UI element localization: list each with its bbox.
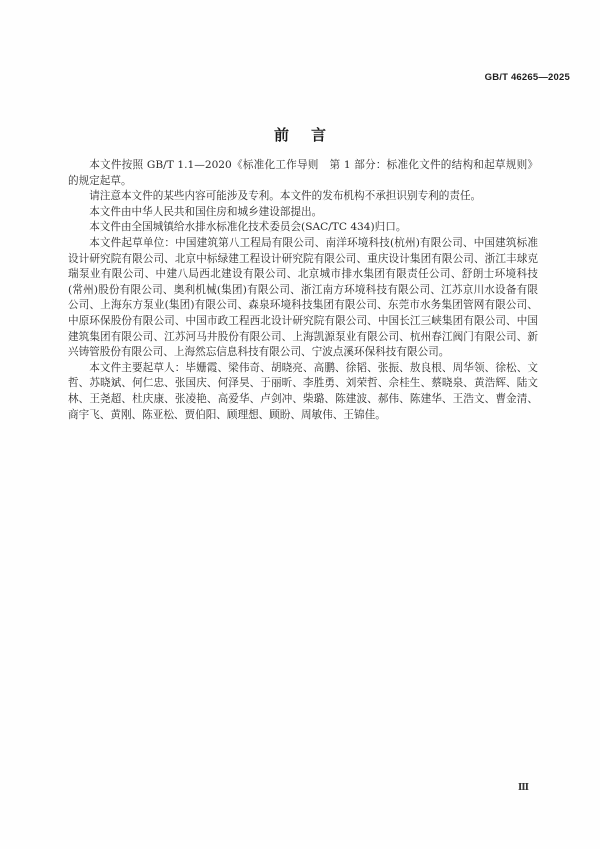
paragraph-patent-notice: 请注意本文件的某些内容可能涉及专利。本文件的发布机构不承担识别专利的责任。 — [68, 189, 538, 205]
standard-code-header: GB/T 46265—2025 — [485, 72, 570, 83]
page-title: 前言 — [0, 124, 600, 145]
paragraph-proposer: 本文件由中华人民共和国住房和城乡建设部提出。 — [68, 205, 538, 221]
paragraph-drafting-organizations: 本文件起草单位：中国建筑第八工程局有限公司、南洋环境科技(杭州)有限公司、中国建… — [68, 236, 538, 361]
foreword-body: 本文件按照 GB/T 1.1—2020《标准化工作导则 第 1 部分：标准化文件… — [68, 158, 538, 423]
paragraph-technical-committee: 本文件由全国城镇给水排水标准化技术委员会(SAC/TC 434)归口。 — [68, 220, 538, 236]
page-number: Ⅲ — [518, 783, 529, 793]
paragraph-main-drafters: 本文件主要起草人：毕姗霞、梁伟奇、胡晓亮、高鹏、徐韬、张振、敖良根、周华领、徐松… — [68, 361, 538, 423]
paragraph-drafting-rules: 本文件按照 GB/T 1.1—2020《标准化工作导则 第 1 部分：标准化文件… — [68, 158, 538, 189]
document-page: GB/T 46265—2025 前言 本文件按照 GB/T 1.1—2020《标… — [0, 0, 600, 849]
